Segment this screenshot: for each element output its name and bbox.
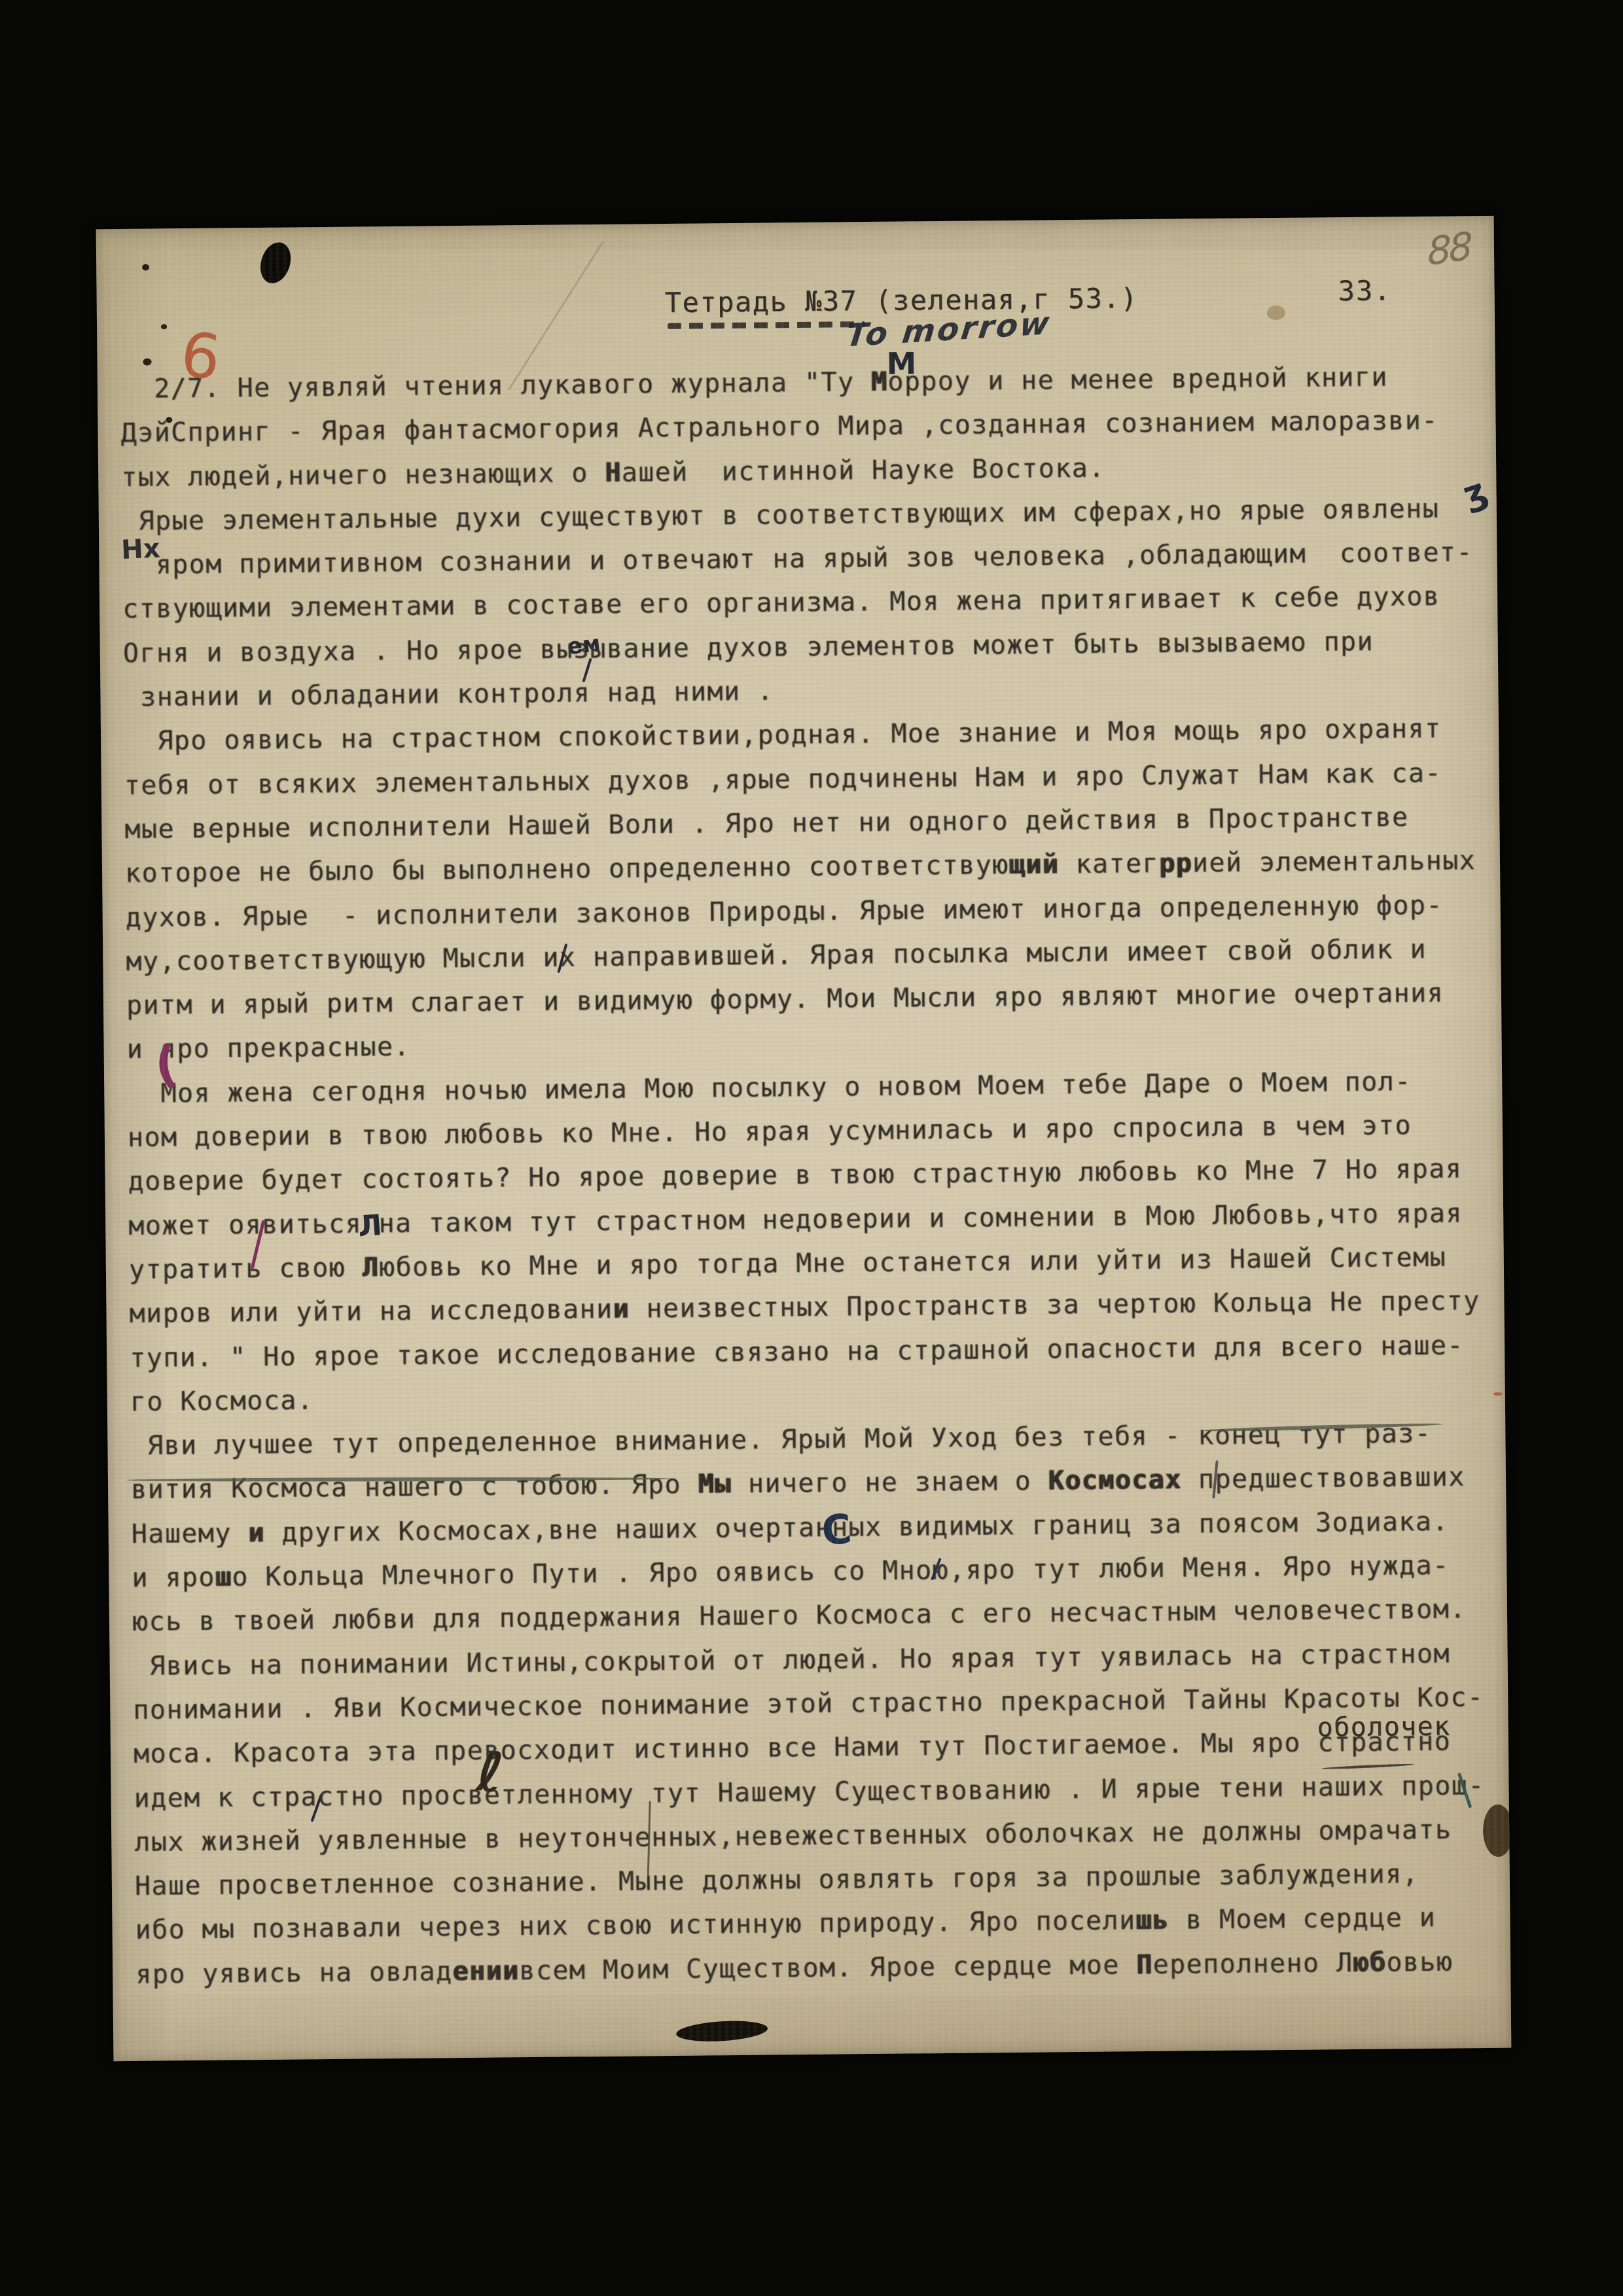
ink-loop-v: ℓ xyxy=(474,1744,505,1801)
speck-3 xyxy=(143,359,152,366)
mark-under-ikh xyxy=(557,944,567,973)
ink-comma-mark xyxy=(931,1558,942,1581)
corner-blot xyxy=(256,239,296,287)
ink-s-correction: С xyxy=(820,1508,853,1551)
pencil-line-myne xyxy=(647,1801,651,1875)
ink-l-correction: Л xyxy=(357,1211,383,1242)
typed-insert-obolochek: оболочек xyxy=(1317,1714,1450,1741)
margin-insert-mark: Нх xyxy=(120,535,160,563)
speck-2 xyxy=(161,324,167,329)
teal-stroke-prosh xyxy=(1457,1773,1472,1809)
pencil-tick-kosmosakh xyxy=(1212,1460,1218,1498)
document-page: Тетрадь №37 (зеленая,г 53.) 33. 88 To mo… xyxy=(96,216,1512,2061)
insert-line-nashikh xyxy=(1321,1763,1414,1770)
speck-4 xyxy=(166,417,172,423)
stain-right-edge xyxy=(1483,1805,1512,1857)
superscript-em: ем xyxy=(566,632,601,658)
pencil-underline-vitiya xyxy=(126,1477,671,1482)
purple-bracket: ( xyxy=(152,1039,181,1091)
squiggle-line4-end: ʒ xyxy=(1459,472,1491,513)
annotations-layer: 6МʒНхем(ЛСоболочекℓ xyxy=(96,216,1512,2061)
purple-slash xyxy=(251,1220,266,1269)
pencil-underline-konets xyxy=(1202,1422,1442,1432)
ink-slash-u xyxy=(311,1794,323,1822)
crease-top xyxy=(508,241,604,391)
ink-m-correction: М xyxy=(886,348,916,378)
speck-1 xyxy=(142,264,149,271)
red-pencil-six: 6 xyxy=(177,324,224,390)
scanned-photo: { "photo": { "background_color": "#07070… xyxy=(0,0,1623,2296)
red-dash-margin xyxy=(1493,1392,1503,1396)
stain-tan xyxy=(1267,306,1285,320)
smudge-bottom xyxy=(675,2019,768,2044)
strike-kontrolya xyxy=(582,658,592,682)
